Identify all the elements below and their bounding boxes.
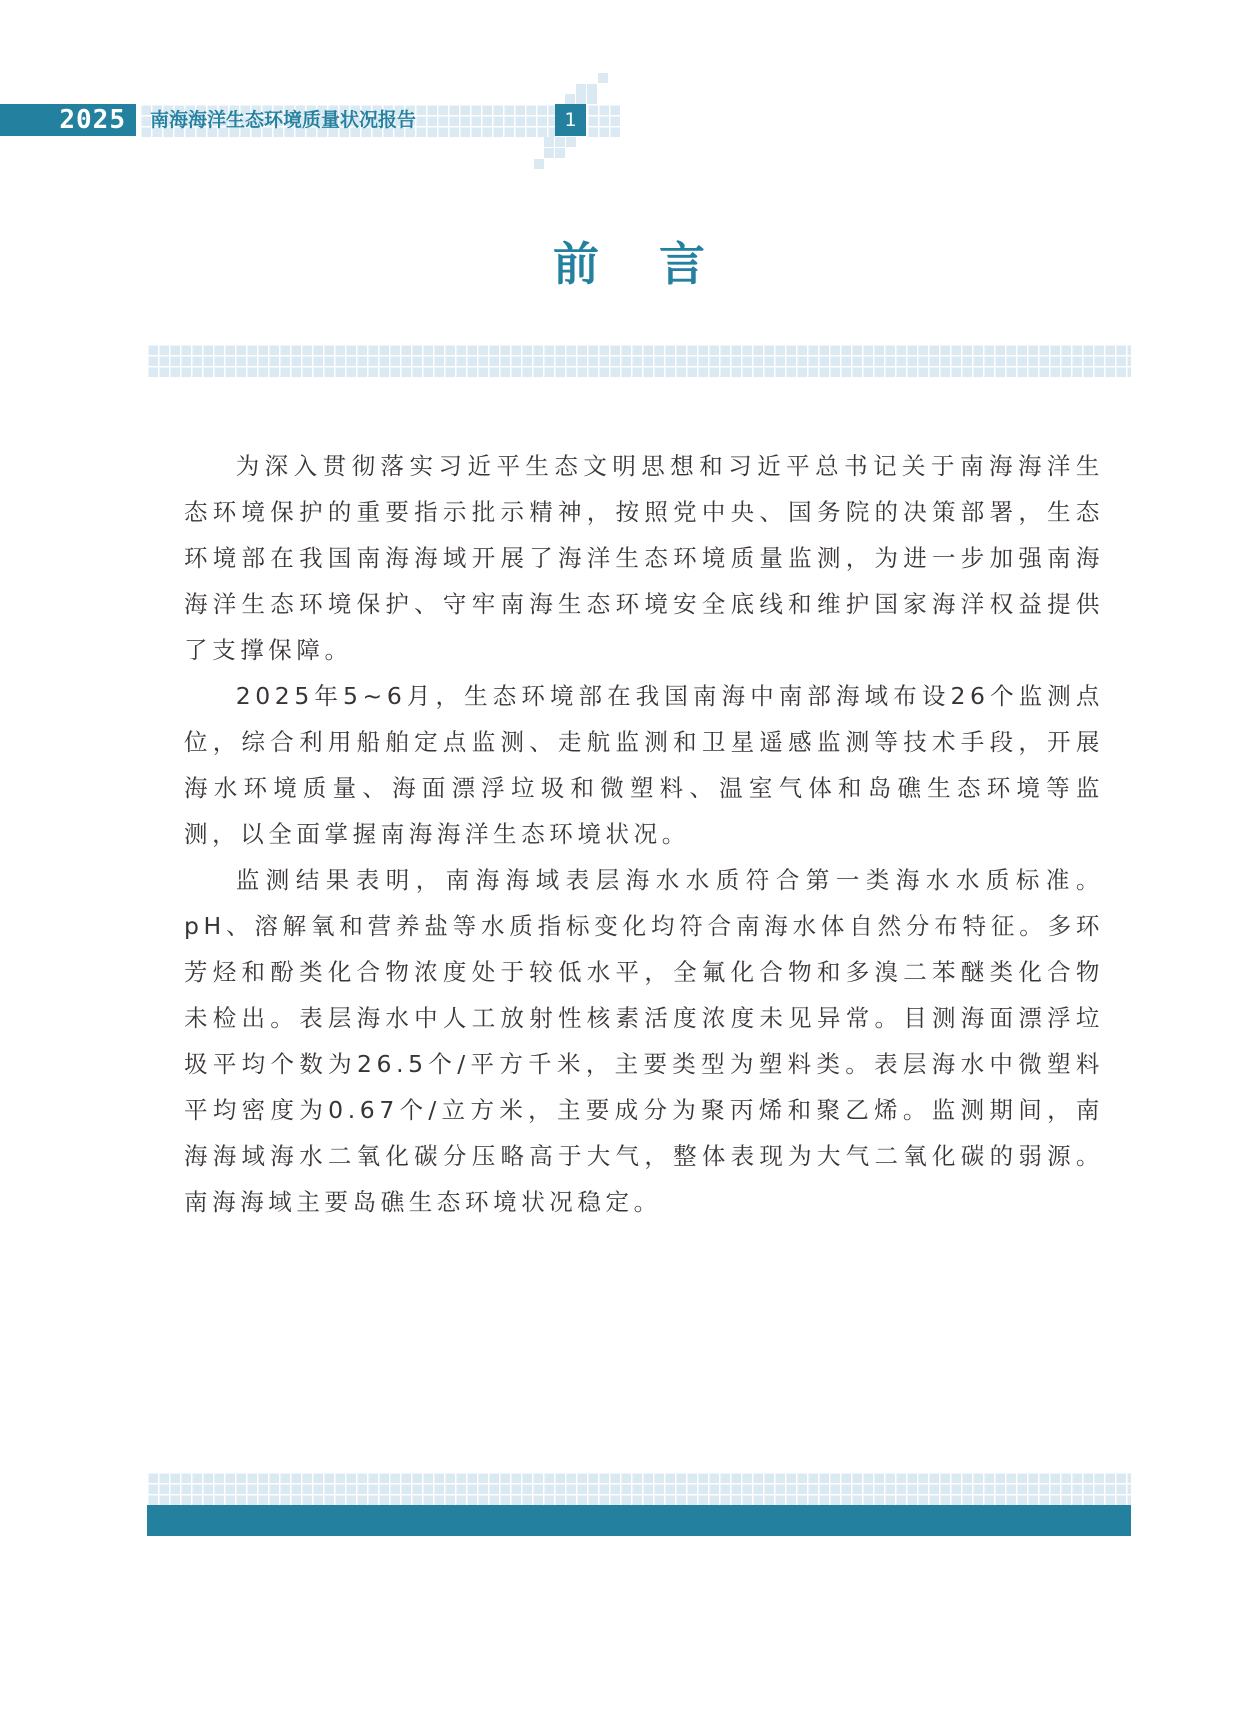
preface-body: 为深入贯彻落实习近平生态文明思想和习近平总书记关于南海海洋生态环境保护的重要指示… <box>184 443 1104 1225</box>
header-report-title: 南海海洋生态环境质量状况报告 <box>150 107 416 133</box>
header-year: 2025 <box>59 106 126 134</box>
paragraph-2: 2025年5~6月，生态环境部在我国南海中南部海域布设26个监测点位，综合利用船… <box>184 673 1104 857</box>
header-year-bar: 2025 <box>0 104 136 136</box>
page-number: 1 <box>555 104 586 136</box>
footer-grid <box>147 1472 1131 1505</box>
page-title: 前言 <box>0 228 1258 294</box>
paragraph-1: 为深入贯彻落实习近平生态文明思想和习近平总书记关于南海海洋生态环境保护的重要指示… <box>184 443 1104 673</box>
title-divider-grid <box>147 344 1131 377</box>
paragraph-3: 监测结果表明，南海海域表层海水水质符合第一类海水水质标准。pH、溶解氧和营养盐等… <box>184 857 1104 1225</box>
footer-bar <box>147 1505 1131 1536</box>
header-grid-pattern-right <box>587 104 620 137</box>
